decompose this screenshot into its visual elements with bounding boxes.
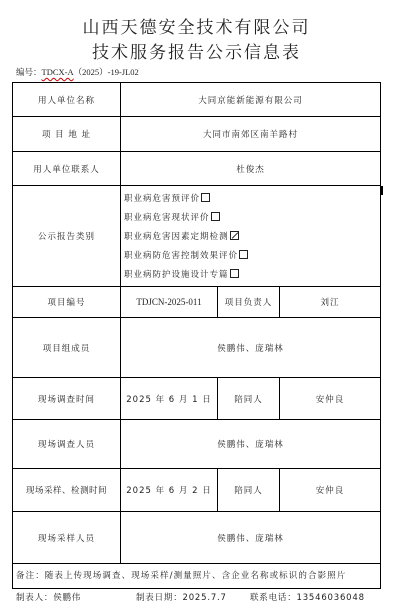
sampling-escort-label: 陪同人 [218, 469, 279, 511]
category-option[interactable]: 职业病防护设施设计专篇 [124, 266, 248, 285]
project-members-label: 项目组成员 [13, 318, 120, 377]
project-number-label: 项目编号 [13, 287, 120, 317]
document-code: 编号：TDCX-A（2025）-19-JL02 [16, 66, 139, 78]
checkbox-unchecked-icon[interactable] [230, 269, 239, 278]
form-title: 技术服务报告公示信息表 [0, 38, 393, 63]
checkbox-unchecked-icon[interactable] [239, 250, 248, 259]
checkbox-unchecked-icon[interactable] [201, 193, 210, 202]
project-address-value: 大同市南郊区南羊路村 [121, 117, 380, 151]
project-number-value: TDJCN-2025-011 [121, 287, 217, 317]
survey-time-value: 2025 年 6 月 1 日 [121, 378, 217, 419]
prepared-date: 制表日期：2025.7.7 [136, 591, 227, 603]
survey-time-label: 现场调查时间 [13, 378, 120, 419]
sampling-staff-value: 侯鹏伟、庞瑞林 [121, 512, 380, 563]
category-option[interactable]: 职业病防危害控制效果评价 [124, 247, 248, 266]
contact-phone: 联系电话：13546036048 [250, 591, 365, 603]
report-category-options: 职业病危害预评价 职业病危害现状评价 职业病危害因素定期检测 职业病防危害控制效… [124, 190, 248, 285]
category-option[interactable]: 职业病危害现状评价 [124, 209, 248, 228]
company-name: 山西天德安全技术有限公司 [0, 13, 393, 38]
project-address-label: 项 目 地 址 [13, 117, 120, 151]
survey-escort-value: 安仲良 [280, 378, 380, 419]
remarks: 备注：随表上传现场调查、现场采样/测量照片、含企业名称或标识的合影照片 [16, 569, 346, 581]
project-lead-value: 刘江 [280, 287, 380, 317]
code-suffix: （2025）-19-JL02 [74, 67, 139, 77]
survey-staff-label: 现场调查人员 [13, 420, 120, 468]
employer-contact-value: 杜俊杰 [121, 152, 380, 185]
edge-mark [381, 186, 383, 195]
preparer: 制表人：侯鹏伟 [16, 591, 81, 603]
survey-escort-label: 陪同人 [218, 378, 279, 419]
code-label: 编号： [16, 67, 42, 77]
employer-name-label: 用人单位名称 [13, 83, 120, 116]
category-option[interactable]: 职业病危害预评价 [124, 190, 248, 209]
sampling-escort-value: 安仲良 [280, 469, 380, 511]
project-lead-label: 项目负责人 [218, 287, 279, 317]
report-category-label: 公示报告类别 [13, 186, 120, 286]
checkbox-unchecked-icon[interactable] [211, 212, 220, 221]
sampling-time-value: 2025 年 6 月 2 日 [121, 469, 217, 511]
table-border-bottom [12, 588, 381, 589]
code-value: TDCX-A [42, 67, 74, 77]
sampling-staff-label: 现场采样人员 [13, 512, 120, 563]
checkbox-checked-icon[interactable] [230, 231, 239, 240]
survey-staff-value: 侯鹏伟、庞瑞林 [121, 420, 380, 468]
sampling-time-label: 现场采样、检测时间 [13, 469, 120, 511]
employer-contact-label: 用人单位联系人 [13, 152, 120, 185]
row-divider [12, 563, 381, 564]
table-border-right [380, 82, 381, 589]
employer-name-value: 大同京能新能源有限公司 [121, 83, 380, 116]
category-option[interactable]: 职业病危害因素定期检测 [124, 228, 248, 247]
project-members-value: 侯鹏伟、庞瑞林 [121, 318, 380, 377]
